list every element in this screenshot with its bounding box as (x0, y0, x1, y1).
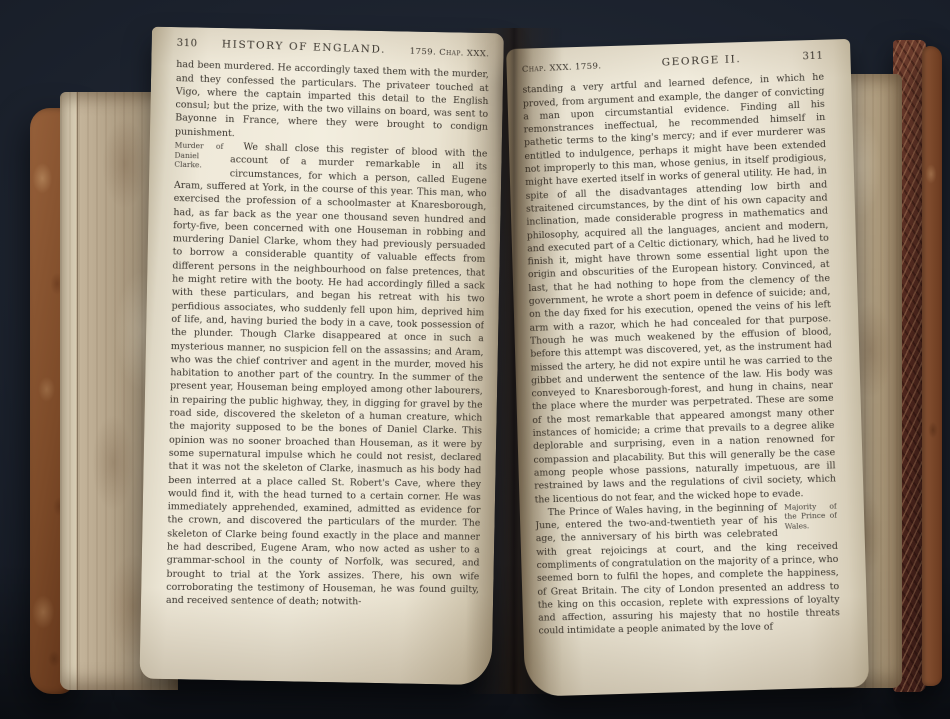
right-page: Chap. XXX. 1759. GEORGE II. 311 standing… (506, 39, 869, 697)
body-paragraph: Majority of the Prince of Wales. The Pri… (535, 499, 841, 638)
photo-background: 310 HISTORY OF ENGLAND. 1759. Chap. XXX.… (0, 0, 950, 719)
right-cover-leather-edge (922, 46, 942, 686)
margin-note-murder-of-daniel-clarke: Murder of Daniel Clarke. (174, 141, 223, 171)
left-page-header: 310 HISTORY OF ENGLAND. 1759. Chap. XXX. (177, 37, 490, 62)
margin-note-majority-of-prince-of-wales: Majority of the Prince of Wales. (784, 501, 837, 531)
left-running-title: HISTORY OF ENGLAND. (197, 37, 410, 58)
right-page-number: 311 (802, 49, 823, 63)
body-paragraph: standing a very artful and learned defen… (522, 71, 836, 506)
left-page-number: 310 (177, 37, 198, 51)
right-page-content: Chap. XXX. 1759. GEORGE II. 311 standing… (522, 49, 842, 684)
body-paragraph: Murder of Daniel Clarke. We shall close … (166, 139, 488, 610)
open-book: 310 HISTORY OF ENGLAND. 1759. Chap. XXX.… (0, 0, 950, 719)
right-chapter-label: Chap. XXX. 1759. (522, 60, 602, 77)
body-paragraph: had been murdered. He accordingly taxed … (175, 58, 489, 148)
left-chapter-label: 1759. Chap. XXX. (410, 46, 490, 62)
left-page-content: 310 HISTORY OF ENGLAND. 1759. Chap. XXX.… (165, 37, 490, 673)
left-page: 310 HISTORY OF ENGLAND. 1759. Chap. XXX.… (140, 27, 504, 686)
right-running-title: GEORGE II. (601, 50, 803, 72)
paragraph-text: We shall close this register of blood wi… (166, 142, 488, 608)
